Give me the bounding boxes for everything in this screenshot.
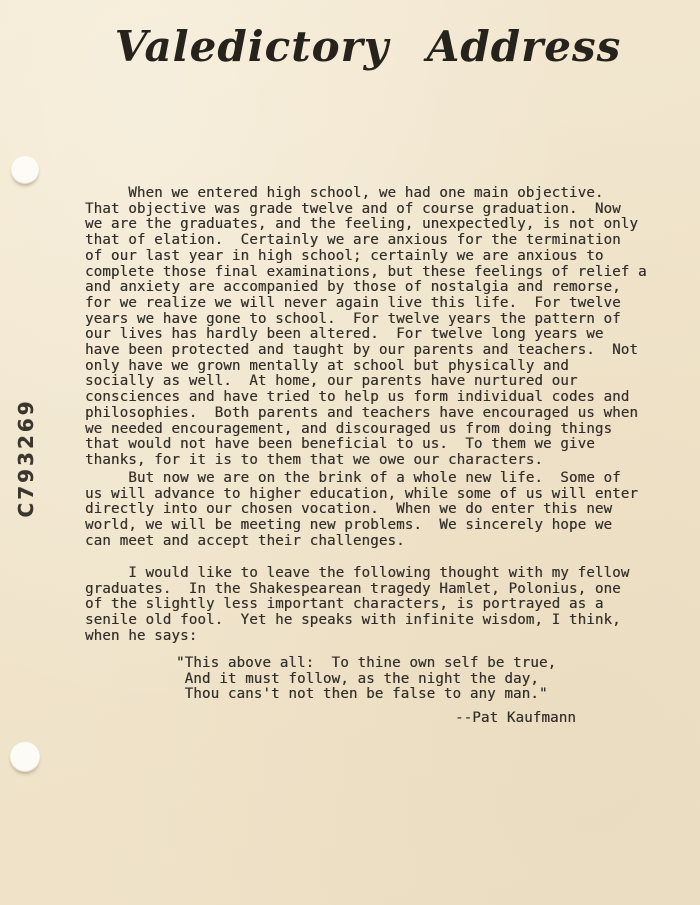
paragraph-1: When we entered high school, we had one …	[85, 186, 647, 469]
document-title: Valedictory Address	[18, 22, 700, 71]
quote-block: "This above all: To thine own self be tr…	[176, 656, 556, 703]
paragraph-3: I would like to leave the following thou…	[85, 566, 629, 645]
scanned-document-page: C793269 Valedictory Address When we ente…	[0, 0, 700, 905]
signature: --Pat Kaufmann	[455, 711, 576, 727]
paragraph-2: But now we are on the brink of a whole n…	[85, 471, 638, 550]
punch-hole-top	[11, 156, 39, 184]
punch-hole-bottom	[10, 742, 40, 772]
serial-number-stamp: C793269	[15, 398, 37, 518]
